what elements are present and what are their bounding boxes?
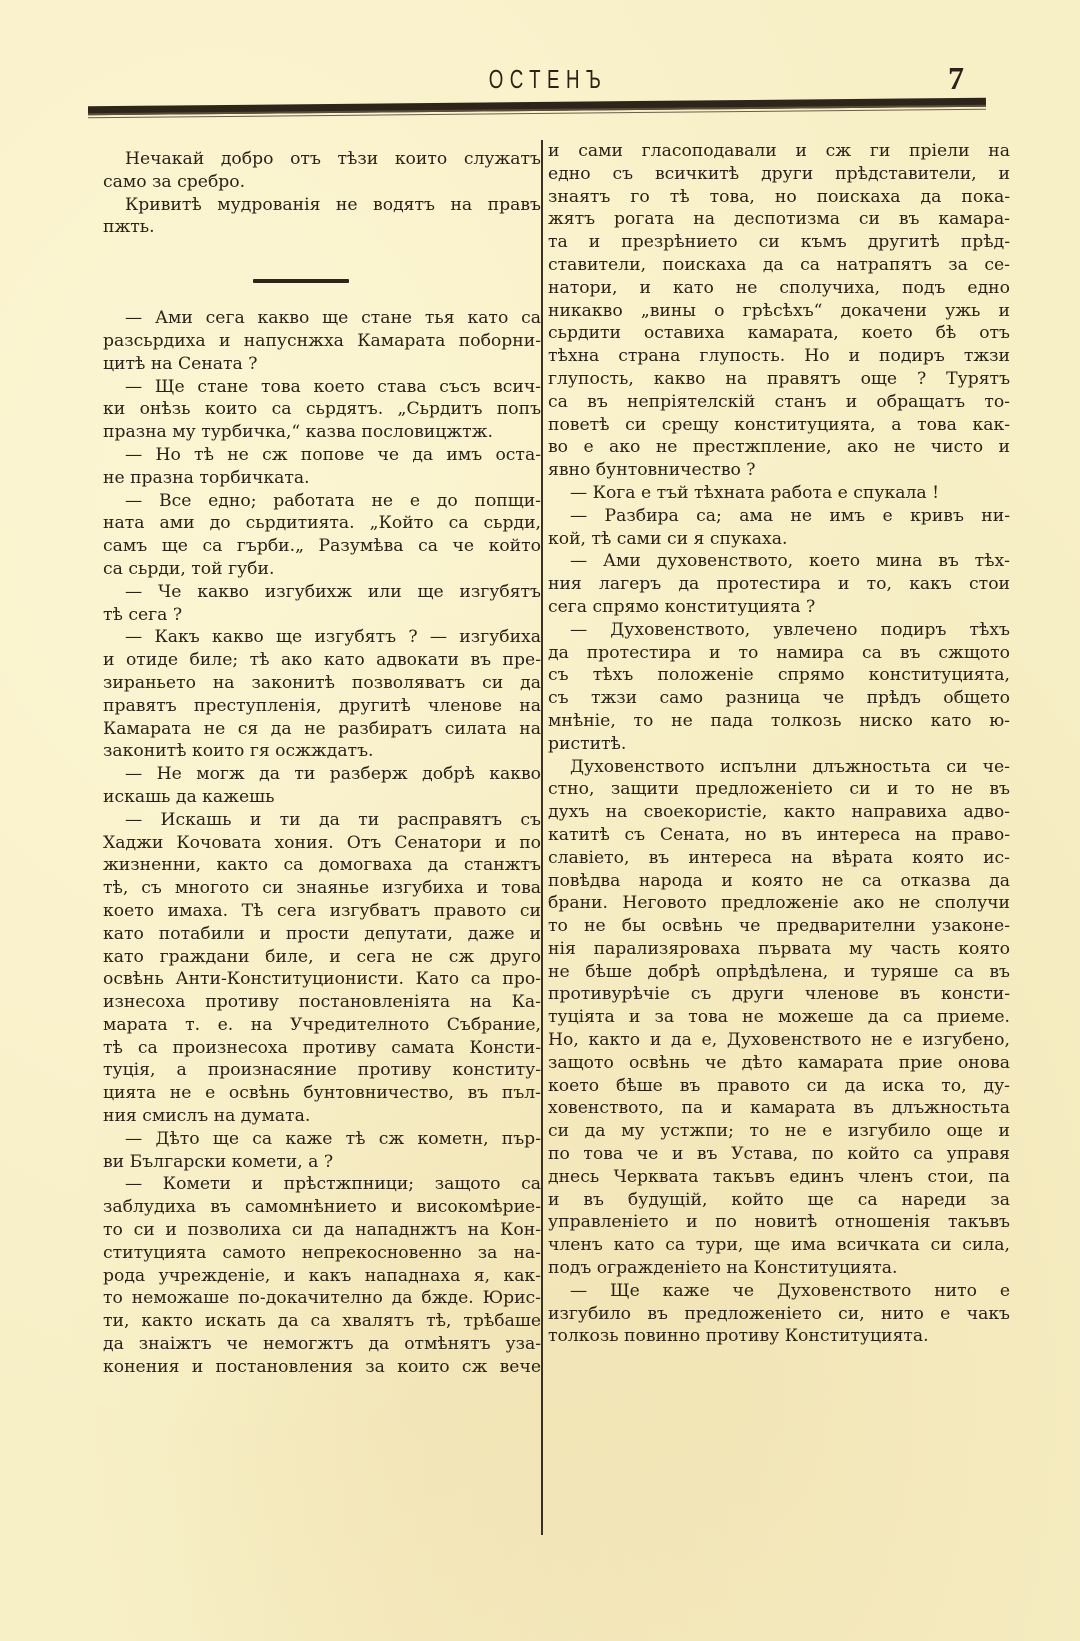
text-line: ставители, поискаха да са натрапятъ за с…: [548, 254, 1010, 277]
text-line: та и презрѣнието си къмъ другитѣ прѣд-: [548, 231, 1010, 254]
text-line: пжть.: [103, 216, 541, 239]
text-line: членъ като са тури, ще има всичката си с…: [548, 1234, 1010, 1257]
section-gap: [103, 239, 541, 307]
text-line: което бѣше въ правото си да иска то, ду-: [548, 1075, 1010, 1098]
text-line: — Духовенството, увлечено подиръ тѣхъ: [548, 619, 1010, 642]
newspaper-page: ОСТЕНЪ 7 Нечакай добро отъ тѣзи които сл…: [0, 0, 1080, 1641]
text-line: — Ами сега какво ще стане тья като са: [103, 307, 541, 330]
text-line: духъ на своекористіе, както направиха ад…: [548, 801, 1010, 824]
dialogue-right-block: и сами гласоподавали и сж ги пріели наед…: [548, 140, 1010, 1348]
text-line: не празна торбичката.: [103, 467, 541, 490]
text-line: никакво „вины о грѣсѣхъ“ докачени ужь и: [548, 300, 1010, 323]
text-line: мнѣніе, то не пада толкозь ниско като ю-: [548, 710, 1010, 733]
text-line: и сами гласоподавали и сж ги пріели на: [548, 140, 1010, 163]
text-line: и въ будущій, който ще са нареди за: [548, 1189, 1010, 1212]
dialogue-left-block: — Ами сега какво ще стане тья като сараз…: [103, 307, 541, 1378]
text-line: да знаіжтъ че немогжтъ да отмѣнятъ уза-: [103, 1333, 541, 1356]
right-column: и сами гласоподавали и сж ги пріели наед…: [548, 140, 1010, 1348]
text-line: конения и постановления за които сж вече: [103, 1356, 541, 1379]
text-line: сьрдити оставиха камарата, което бѣ отъ: [548, 322, 1010, 345]
text-line: подъ огражденіето на Конституцията.: [548, 1257, 1010, 1280]
text-line: толкозь повинно противу Конституцията.: [548, 1325, 1010, 1348]
text-line: то неможаше по-докачително да бжде. Юрис…: [103, 1287, 541, 1310]
text-line: ния лагеръ да протестира и то, какъ стои: [548, 573, 1010, 596]
text-line: нія парализяроваха първата му часть коят…: [548, 938, 1010, 961]
text-line: съ тѣхъ положеніе спрямо конституцията,: [548, 664, 1010, 687]
text-line: като граждани биле, и сега не сж друго: [103, 946, 541, 969]
text-line: — Дѣто ще са каже тѣ сж кометн, пър-: [103, 1128, 541, 1151]
text-line: Но, както и да е, Духовенството не е изг…: [548, 1029, 1010, 1052]
text-line: съ тжзи само разница че прѣдъ общето: [548, 687, 1010, 710]
text-line: ховенството, па и камарата въ длъжностьт…: [548, 1097, 1010, 1120]
text-line: си да му устжпи; то не е изгубило още и: [548, 1120, 1010, 1143]
text-line: сега спрямо конституцията ?: [548, 596, 1010, 619]
text-line: — Кога е тъй тѣхната работа е спукала !: [548, 482, 1010, 505]
text-line: не бѣше добрѣ опрѣдѣлена, и туряше са въ: [548, 961, 1010, 984]
text-line: Кривитѣ мудрованія не водятъ на правъ: [103, 194, 541, 217]
text-line: цията не е освѣнь бунтовничество, въ пъл…: [103, 1082, 541, 1105]
text-line: — Ще стане това което става съсъ всич-: [103, 376, 541, 399]
text-line: катитѣ съ Сената, но въ интереса на прав…: [548, 824, 1010, 847]
proverbs-block: Нечакай добро отъ тѣзи които служатъсамо…: [103, 148, 541, 239]
text-line: разсьрдиха и напуснжха Камарата поборни-: [103, 330, 541, 353]
text-line: стно, защити предложеніето си и то не въ: [548, 778, 1010, 801]
text-line: празна му турбичка,“ казва пословицжтж.: [103, 421, 541, 444]
text-line: кой, тѣ сами си я спукаха.: [548, 528, 1010, 551]
text-line: заблудиха въ самомнѣнието и високомѣрие-: [103, 1196, 541, 1219]
text-line: натори, и като не сполучиха, подъ едно: [548, 277, 1010, 300]
text-line: което имаха. Тѣ сега изгубватъ правото с…: [103, 900, 541, 923]
text-line: само за сребро.: [103, 171, 541, 194]
newspaper-title: ОСТЕНЪ: [462, 64, 635, 95]
text-line: самъ ще са гърби.„ Разумѣва са че който: [103, 535, 541, 558]
text-line: да протестира и то намира са въ сжщото: [548, 642, 1010, 665]
text-line: Нечакай добро отъ тѣзи които служатъ: [103, 148, 541, 171]
text-line: правятъ преступленія, другитѣ членове на: [103, 695, 541, 718]
text-line: Хаджи Кочовата хония. Отъ Сенатори и по: [103, 832, 541, 855]
text-line: брани. Неговото предложеніе ако не сполу…: [548, 892, 1010, 915]
column-divider: [541, 140, 543, 1535]
section-divider-rule: [253, 279, 349, 283]
text-line: изнесоха противу постановленіята на Ка-: [103, 991, 541, 1014]
text-line: по това че и въ Устава, по който са упра…: [548, 1143, 1010, 1166]
text-line: зираньето на законитѣ позволяватъ си да: [103, 672, 541, 695]
text-line: марата т. е. на Учредителното Събрание,: [103, 1014, 541, 1037]
text-line: законитѣ които гя осжждатъ.: [103, 740, 541, 763]
text-line: едно съ всичкитѣ други прѣдставители, и: [548, 163, 1010, 186]
text-line: ституцията самото непрекосновенно за на-: [103, 1242, 541, 1265]
text-line: — Комети и прѣстжпници; защото са: [103, 1173, 541, 1196]
page-number: 7: [948, 60, 964, 97]
text-line: то не бы освѣнь че предварителни узаконе…: [548, 915, 1010, 938]
text-line: Духовенството испълни длъжностьта си че-: [548, 756, 1010, 779]
text-line: жизненни, както са домогваха да станжтъ: [103, 854, 541, 877]
text-line: като потабили и прости депутати, даже и: [103, 923, 541, 946]
text-line: и отиде биле; тѣ ако като адвокати въ пр…: [103, 649, 541, 672]
text-line: риститѣ.: [548, 733, 1010, 756]
text-line: поветѣ си срещу конституцията, а това ка…: [548, 414, 1010, 437]
text-line: — Искашь и ти да ти расправятъ съ: [103, 809, 541, 832]
text-line: тѣхна страна глупость. Но и подиръ тжзи: [548, 345, 1010, 368]
text-line: — Какъ какво ще изгубятъ ? — изгубиха: [103, 626, 541, 649]
text-line: ви Български комети, а ?: [103, 1151, 541, 1174]
text-line: днесь Черквата такъвъ единъ членъ стои, …: [548, 1166, 1010, 1189]
text-line: ки онѣзь които са сьрдятъ. „Сьрдитъ попъ: [103, 398, 541, 421]
text-line: то си и позволиха си да нападнжтъ на Кон…: [103, 1219, 541, 1242]
text-line: рода учрежденіе, и какъ нападнаха я, как…: [103, 1265, 541, 1288]
text-line: цитѣ на Сената ?: [103, 353, 541, 376]
text-line: — Че какво изгубихж или ще изгубятъ: [103, 581, 541, 604]
text-line: изгубило въ предложеніето си, нито е чак…: [548, 1303, 1010, 1326]
text-line: славіето, въ интереса на вѣрата която ис…: [548, 847, 1010, 870]
text-line: во е ако не престжпление, ако не чисто и: [548, 436, 1010, 459]
text-line: ния смислъ на думата.: [103, 1105, 541, 1128]
text-line: жятъ рогата на деспотизма си въ камара-: [548, 208, 1010, 231]
text-line: знаятъ го тѣ това, но поискаха да пока-: [548, 186, 1010, 209]
text-line: — Все едно; работата не е до попщи-: [103, 490, 541, 513]
text-line: туціята и за това не можеше да са приеме…: [548, 1006, 1010, 1029]
text-line: са сьрди, той губи.: [103, 558, 541, 581]
text-line: освѣнь Анти-Конституционисти. Като са пр…: [103, 968, 541, 991]
text-line: противурѣчіе съ други членове въ консти-: [548, 983, 1010, 1006]
text-line: искашь да кажешь: [103, 786, 541, 809]
masthead: ОСТЕНЪ 7: [88, 60, 988, 108]
text-line: са въ непріятелскій станъ и обращатъ то-: [548, 391, 1010, 414]
text-line: защото освѣнь че дѣто камарата прие онов…: [548, 1052, 1010, 1075]
text-line: — Не могж да ти разберж добрѣ какво: [103, 763, 541, 786]
text-line: — Но тѣ не сж попове че да имъ оста-: [103, 444, 541, 467]
text-line: — Ще каже че Духовенството нито е: [548, 1280, 1010, 1303]
text-line: ти, както искать да са хвалятъ тѣ, трѣба…: [103, 1310, 541, 1333]
text-line: ната ами до сьрдитията. „Който са сьрди,: [103, 512, 541, 535]
text-line: управленіето и по новитѣ отношенія такъв…: [548, 1211, 1010, 1234]
text-line: туція, а произнасяние противу конститу-: [103, 1059, 541, 1082]
text-line: — Разбира са; ама не имъ е кривъ ни-: [548, 505, 1010, 528]
text-line: тѣ сега ?: [103, 604, 541, 627]
text-line: тѣ, съ многото си знаянье изгубиха и тов…: [103, 877, 541, 900]
text-line: — Ами духовенството, което мина въ тѣх-: [548, 550, 1010, 573]
left-column: Нечакай добро отъ тѣзи които служатъсамо…: [103, 148, 541, 1379]
text-line: явно бунтовничество ?: [548, 459, 1010, 482]
text-line: тѣ са произнесоха противу самата Консти-: [103, 1037, 541, 1060]
text-line: повѣдва народа и която не са отказва да: [548, 870, 1010, 893]
text-line: Камарата не ся да не разбиратъ силата на: [103, 718, 541, 741]
text-line: глупость, какво на правятъ още ? Турятъ: [548, 368, 1010, 391]
